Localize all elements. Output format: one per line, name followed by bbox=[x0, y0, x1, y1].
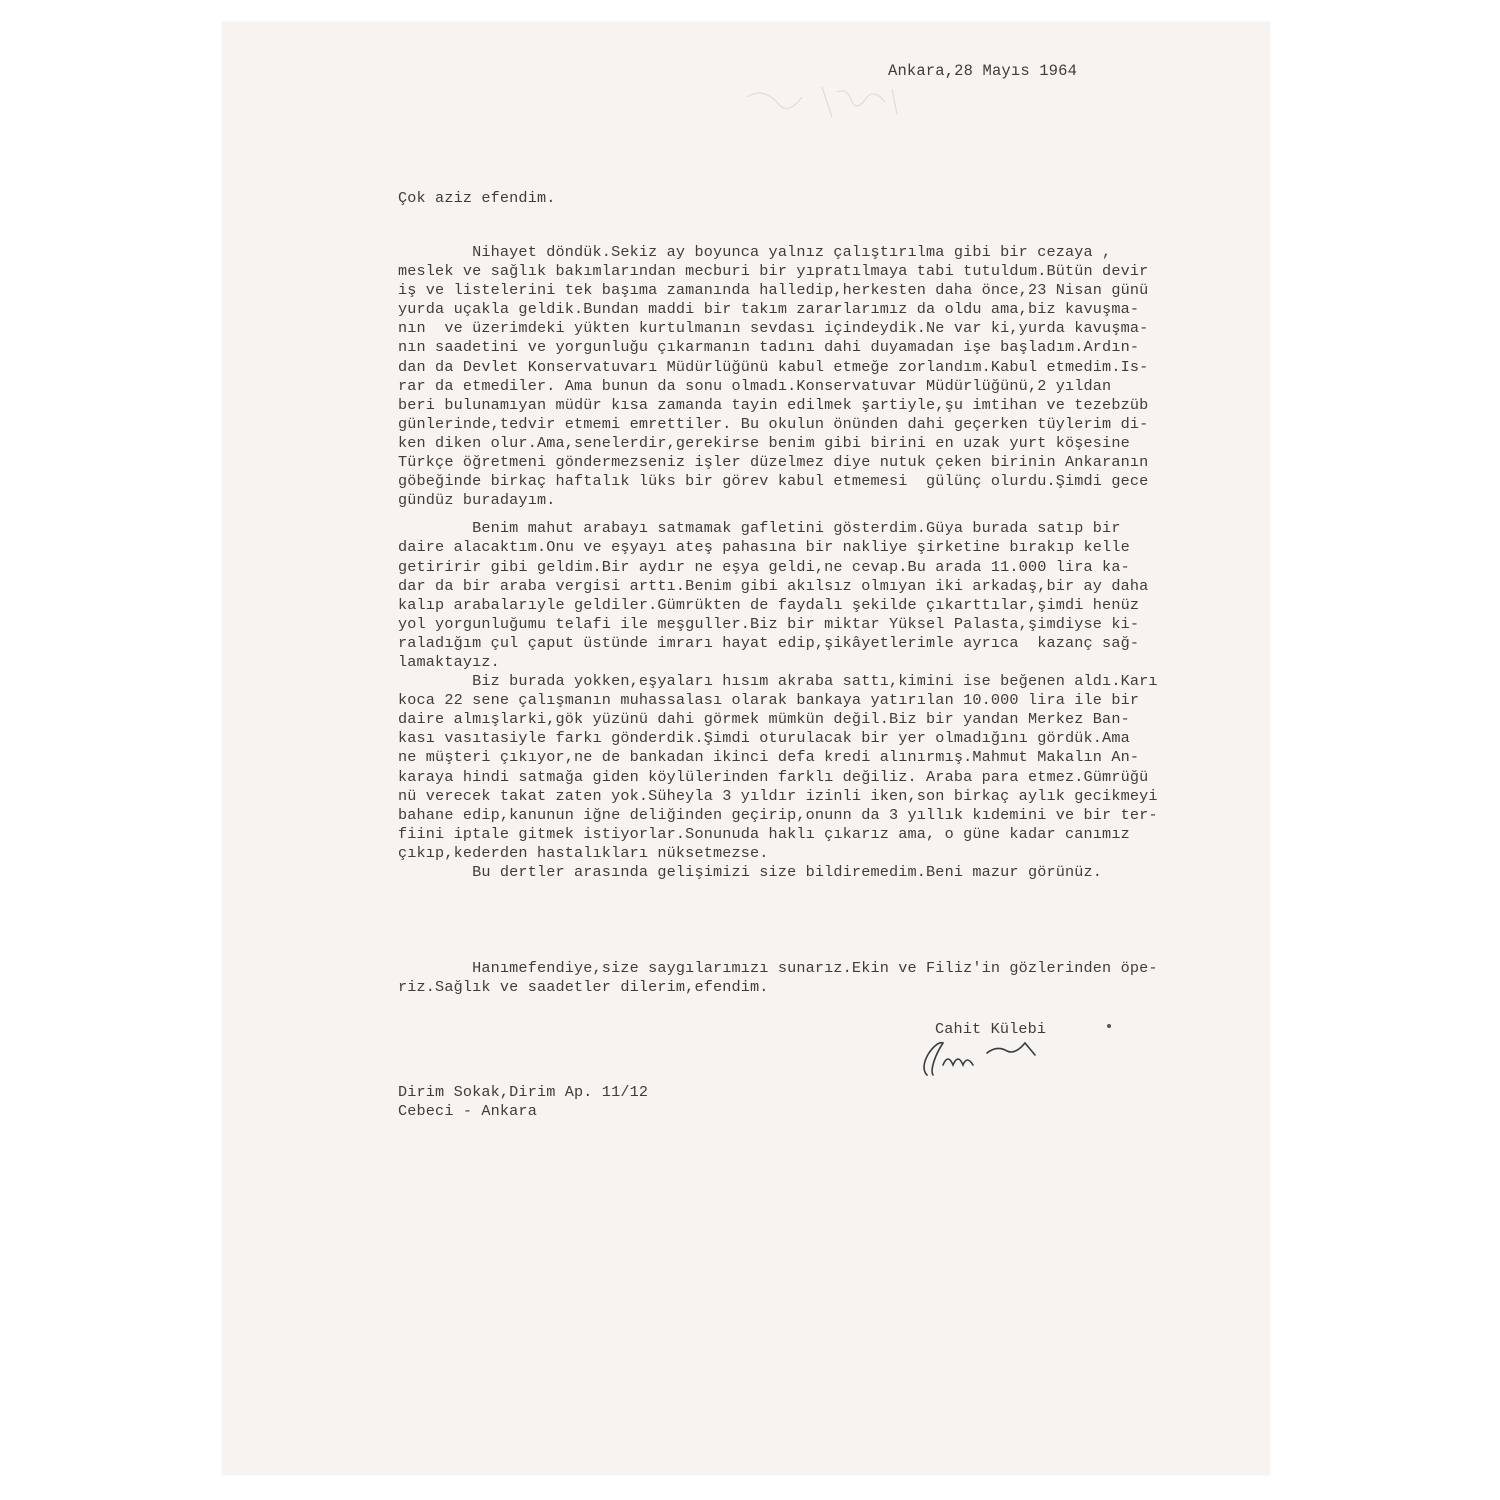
text-line: nın ve üzerimdeki yükten kurtulmanın sev… bbox=[398, 319, 1158, 338]
text-line: lamaktayız. bbox=[398, 653, 1158, 672]
text-line: fiini iptale gitmek istiyorlar.Sonunuda … bbox=[398, 825, 1158, 844]
text-line: iş ve listelerini tek başıma zamanında h… bbox=[398, 281, 1158, 300]
text-line: daire almışlarki,gök yüzünü dahi görmek … bbox=[398, 710, 1158, 729]
text-line: meslek ve sağlık bakımlarından mecburi b… bbox=[398, 262, 1158, 281]
text-line: günlerinde,tedvir etmemi emrettiler. Bu … bbox=[398, 415, 1158, 434]
text-line: getiririr gibi geldim.Bir aydır ne eşya … bbox=[398, 558, 1158, 577]
text-line: yol yorgunluğumu telafi ile meşguller.Bi… bbox=[398, 615, 1158, 634]
text-line: daire alacaktım.Onu ve eşyayı ateş pahas… bbox=[398, 538, 1158, 557]
text-line: beri bulunamıyan müdür kısa zamanda tayi… bbox=[398, 396, 1158, 415]
text-line: nın saadetini ve yorgunluğu çıkarmanın t… bbox=[398, 338, 1158, 357]
text-line: çıkıp,kederden hastalıkları nüksetmezse. bbox=[398, 844, 1158, 863]
text-line: raladığım çul çaput üstünde imrarı hayat… bbox=[398, 634, 1158, 653]
text-line: nü verecek takat zaten yok.Süheyla 3 yıl… bbox=[398, 787, 1158, 806]
text-line: karaya hindi satmağa giden köylülerinden… bbox=[398, 768, 1158, 787]
text-line: rar da etmediler. Ama bunun da sonu olma… bbox=[398, 377, 1158, 396]
text-line: kalıp arabalarıyle geldiler.Gümrükten de… bbox=[398, 596, 1158, 615]
text-line: Hanımefendiye,size saygılarımızı sunarız… bbox=[398, 959, 1158, 978]
text-line: Bu dertler arasında gelişimizi size bild… bbox=[398, 863, 1158, 882]
letter-body: Nihayet döndük.Sekiz ay boyunca yalnız ç… bbox=[398, 243, 1158, 882]
letter-salutation: Çok aziz efendim. bbox=[398, 189, 556, 208]
text-line: dan da Devlet Konservatuvarı Müdürlüğünü… bbox=[398, 358, 1158, 377]
text-line: koca 22 sene çalışmanın muhassalası olar… bbox=[398, 691, 1158, 710]
handwritten-signature-icon bbox=[915, 1035, 1115, 1080]
text-line: yurda uçakla geldik.Bundan maddi bir tak… bbox=[398, 300, 1158, 319]
text-line: Biz burada yokken,eşyaları hısım akraba … bbox=[398, 672, 1158, 691]
text-line bbox=[398, 510, 1158, 519]
text-line: riz.Sağlık ve saadetler dilerim,efendim. bbox=[398, 978, 1158, 997]
text-line: Benim mahut arabayı satmamak gafletini g… bbox=[398, 519, 1158, 538]
text-line: gündüz buradayım. bbox=[398, 491, 1158, 510]
text-line: kası vasıtasiyle farkı gönderdik.Şimdi o… bbox=[398, 729, 1158, 748]
letter-date: Ankara,28 Mayıs 1964 bbox=[888, 62, 1077, 81]
ink-dot bbox=[1107, 1024, 1111, 1028]
letter-closing: Hanımefendiye,size saygılarımızı sunarız… bbox=[398, 959, 1158, 997]
text-line: dar da bir araba vergisi arttı.Benim gib… bbox=[398, 577, 1158, 596]
sender-address: Dirim Sokak,Dirim Ap. 11/12Cebeci - Anka… bbox=[398, 1083, 648, 1121]
pencil-annotation-mark bbox=[742, 77, 942, 127]
text-line: Cebeci - Ankara bbox=[398, 1102, 648, 1121]
text-line: Nihayet döndük.Sekiz ay boyunca yalnız ç… bbox=[398, 243, 1158, 262]
text-line: göbeğinde birkaç haftalık lüks bir görev… bbox=[398, 472, 1158, 491]
text-line: Dirim Sokak,Dirim Ap. 11/12 bbox=[398, 1083, 648, 1102]
text-line: ken diken olur.Ama,senelerdir,gerekirse … bbox=[398, 434, 1158, 453]
text-line: bahane edip,kanunun iğne deliğinden geçi… bbox=[398, 806, 1158, 825]
text-line: ne müşteri çıkıyor,ne de bankadan ikinci… bbox=[398, 748, 1158, 767]
text-line: Türkçe öğretmeni göndermezseniz işler dü… bbox=[398, 453, 1158, 472]
